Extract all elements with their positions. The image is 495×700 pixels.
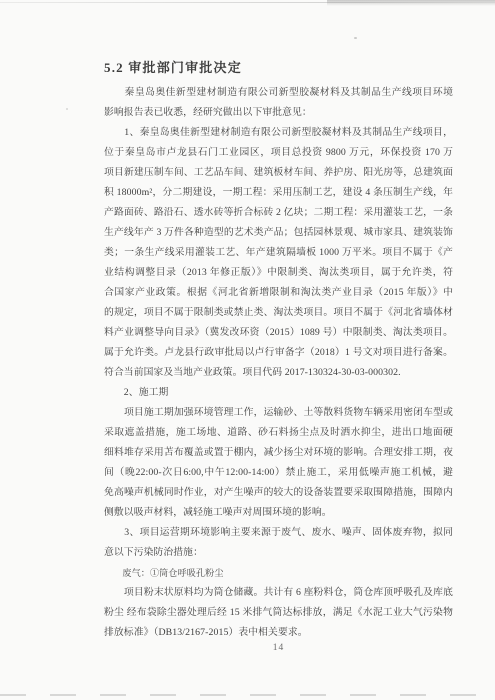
- text-line: 秦皇岛奥佳新型建材制造有限公司新型胶凝材料及其制品生产线项目环境: [104, 83, 453, 103]
- text-line: 合国家产业政策。根据《河北省新增限制和淘汰类产业目录（2015 年版）》中: [104, 283, 453, 303]
- text-line: 免高噪声机械同时作业，对产生噪声的较大的设备装置要采取围障措施，围障内: [104, 483, 453, 503]
- text-line: 的规定，项目不属于限制类或禁止类、淘汰类项目。项目不属于《河北省墙体材: [104, 303, 453, 323]
- text-line: 意以下污染防治措施：: [104, 543, 453, 563]
- text-line: 1、秦皇岛奥佳新型建材制造有限公司新型胶凝材料及其制品生产线项目，: [104, 123, 453, 143]
- page-number: 14: [104, 641, 453, 655]
- text-line: 影响报告表已收悉，经研究做出以下审批意见：: [104, 103, 453, 123]
- scan-artifact-bottom-edge: [0, 694, 495, 696]
- text-line: 3、项目运营期环境影响主要来源于废气、废水、噪声、固体废弃物，拟同: [104, 523, 453, 543]
- text-line: 项目新建压制车间、工艺品车间、建筑板材车间、养护房、阳光房等，总建筑面: [104, 163, 453, 183]
- text-line: 类；一条生产线采用灌装工艺、年产建筑隔墙板 1000 万平米。项目不属于《产: [104, 243, 453, 263]
- text-line: 粉尘 经布袋除尘器处理后经 15 米排气筒达标排放，满足《水泥工业大气污染物: [104, 603, 453, 623]
- text-line: 业结构调整目录（2013 年修正版）》中限制类、淘汰类项目，属于允许类，符: [104, 263, 453, 283]
- text-line: 细料堆存采用苫布覆盖或置于棚内，减少扬尘对环境的影响。合理安排工期，夜: [104, 443, 453, 463]
- text-line: 项目粉末状原料均为筒仓储藏。共计有 6 座粉料仓，筒仓库顶呼吸孔及库底: [104, 583, 453, 603]
- document-page: 5.2 审批部门审批决定 秦皇岛奥佳新型建材制造有限公司新型胶凝材料及其制品生产…: [0, 0, 495, 700]
- text-line: 属于允许类。卢龙县行政审批局以卢行审备字（2018）1 号文对项目进行备案。: [104, 343, 453, 363]
- body-text: 秦皇岛奥佳新型建材制造有限公司新型胶凝材料及其制品生产线项目环境影响报告表已收悉…: [104, 83, 453, 643]
- text-line: 间（晚22:00-次日6:00,中午12:00-14:00）禁止施工，采用低噪声…: [104, 463, 453, 483]
- text-line: 位于秦皇岛市卢龙县石门工业园区，项目总投资 9800 万元，环保投资 170 万…: [104, 143, 453, 163]
- scan-artifact-top-right-shadow: [327, 0, 495, 6]
- section-heading: 5.2 审批部门审批决定: [104, 57, 242, 76]
- text-line: 侧敷以吸声材料，减轻施工噪声对周围环境的影响。: [104, 503, 453, 523]
- text-line: 积 18000m²，分二期建设，一期工程：采用压制工艺，建设 4 条压制生产线，…: [104, 183, 453, 203]
- text-line: 符合当前国家及当地产业政策。项目代码 2017-130324-30-03-000…: [104, 363, 453, 383]
- text-line: 料产业调整导向目录》（冀发改环资（2015）1089 号）中限制类、淘汰类项目。: [104, 323, 453, 343]
- text-line: 采取遮盖措施，施工场地、道路、砂石料扬尘点及时洒水抑尘，进出口地面硬化，: [104, 423, 453, 443]
- text-line: 生产线年产 3 万件各种造型的艺术类产品；包括园林景观、城市家具、建筑装饰: [104, 223, 453, 243]
- text-line: 2、施工期: [104, 383, 453, 403]
- text-line: 排放标准》（DB13/2167-2015）表中相关要求。: [104, 623, 453, 643]
- text-line: 产路面砖、路沿石、透水砖等折合标砖 2 亿块；二期工程：采用灌装工艺，一条: [104, 203, 453, 223]
- scan-artifact-speck: [66, 108, 68, 110]
- text-line: 废气：①筒仓呼吸孔粉尘: [104, 563, 453, 583]
- scan-artifact-speck: [354, 37, 357, 39]
- text-line: 项目施工期加强环境管理工作，运输砂、土等散料货物车辆采用密闭车型或: [104, 403, 453, 423]
